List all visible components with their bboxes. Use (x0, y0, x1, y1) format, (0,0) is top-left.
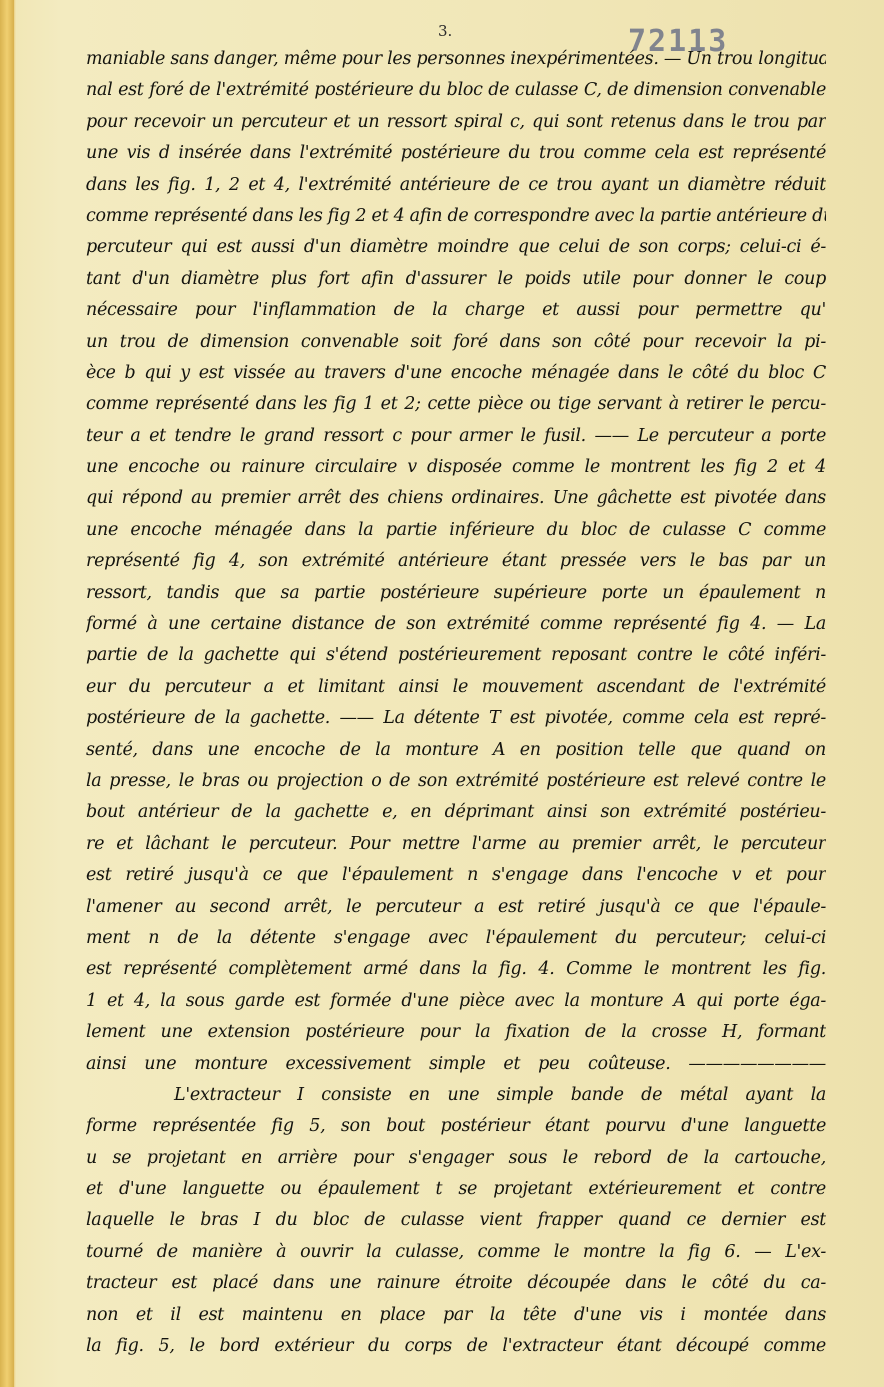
text-line: eur du percuteur a et limitant ainsi le … (86, 672, 826, 703)
text-line: ainsi une monture excessivement simple e… (86, 1049, 826, 1080)
page-binding-edge (0, 0, 14, 1387)
text-line: est retiré jusqu'à ce que l'épaulement n… (86, 860, 826, 891)
page-number: 3. (438, 22, 452, 40)
text-line: bout antérieur de la gachette e, en dépr… (86, 797, 826, 828)
text-line: formé à une certaine distance de son ext… (86, 609, 826, 640)
text-line: une vis d insérée dans l'extrémité posté… (86, 138, 826, 169)
text-line: lement une extension postérieure pour la… (86, 1017, 826, 1048)
text-line: nal est foré de l'extrémité postérieure … (86, 75, 826, 106)
text-line: pour recevoir un percuteur et un ressort… (86, 107, 826, 138)
text-line: ressort, tandis que sa partie postérieur… (86, 578, 826, 609)
text-line: èce b qui y est vissée au travers d'une … (86, 358, 826, 389)
text-line: nécessaire pour l'inflammation de la cha… (86, 295, 826, 326)
text-line: tant d'un diamètre plus fort afin d'assu… (86, 264, 826, 295)
text-line: dans les fig. 1, 2 et 4, l'extrémité ant… (86, 170, 826, 201)
handwritten-text-body: maniable sans danger, même pour les pers… (86, 44, 826, 1362)
text-line: un trou de dimension convenable soit for… (86, 327, 826, 358)
text-line: tracteur est placé dans une rainure étro… (86, 1268, 826, 1299)
text-line: 1 et 4, la sous garde est formée d'une p… (86, 986, 826, 1017)
text-line: représenté fig 4, son extrémité antérieu… (86, 546, 826, 577)
text-line: postérieure de la gachette. —— La détent… (86, 703, 826, 734)
text-line: comme représenté dans les fig 2 et 4 afi… (86, 201, 826, 232)
text-line: re et lâchant le percuteur. Pour mettre … (86, 829, 826, 860)
text-line: une encoche ou rainure circulaire v disp… (86, 452, 826, 483)
text-line: comme représenté dans les fig 1 et 2; ce… (86, 389, 826, 420)
text-line: la presse, le bras ou projection o de so… (86, 766, 826, 797)
text-line: l'amener au second arrêt, le percuteur a… (86, 892, 826, 923)
text-line: laquelle le bras I du bloc de culasse vi… (86, 1205, 826, 1236)
text-line: et d'une languette ou épaulement t se pr… (86, 1174, 826, 1205)
text-line: forme représentée fig 5, son bout postér… (86, 1111, 826, 1142)
text-line: partie de la gachette qui s'étend postér… (86, 640, 826, 671)
text-line: est représenté complètement armé dans la… (86, 954, 826, 985)
text-line: qui répond au premier arrêt des chiens o… (86, 483, 826, 514)
text-line: maniable sans danger, même pour les pers… (86, 44, 826, 75)
text-line: percuteur qui est aussi d'un diamètre mo… (86, 232, 826, 263)
text-line: u se projetant en arrière pour s'engager… (86, 1143, 826, 1174)
text-line: non et il est maintenu en place par la t… (86, 1300, 826, 1331)
text-line: tourné de manière à ouvrir la culasse, c… (86, 1237, 826, 1268)
manuscript-page: 3. 72113 maniable sans danger, même pour… (0, 0, 884, 1387)
text-line: senté, dans une encoche de la monture A … (86, 735, 826, 766)
text-line: la fig. 5, le bord extérieur du corps de… (86, 1331, 826, 1362)
paragraph-start-line: L'extracteur I consiste en une simple ba… (86, 1080, 826, 1111)
text-line: teur a et tendre le grand ressort c pour… (86, 421, 826, 452)
text-line: une encoche ménagée dans la partie infér… (86, 515, 826, 546)
text-line: ment n de la détente s'engage avec l'épa… (86, 923, 826, 954)
